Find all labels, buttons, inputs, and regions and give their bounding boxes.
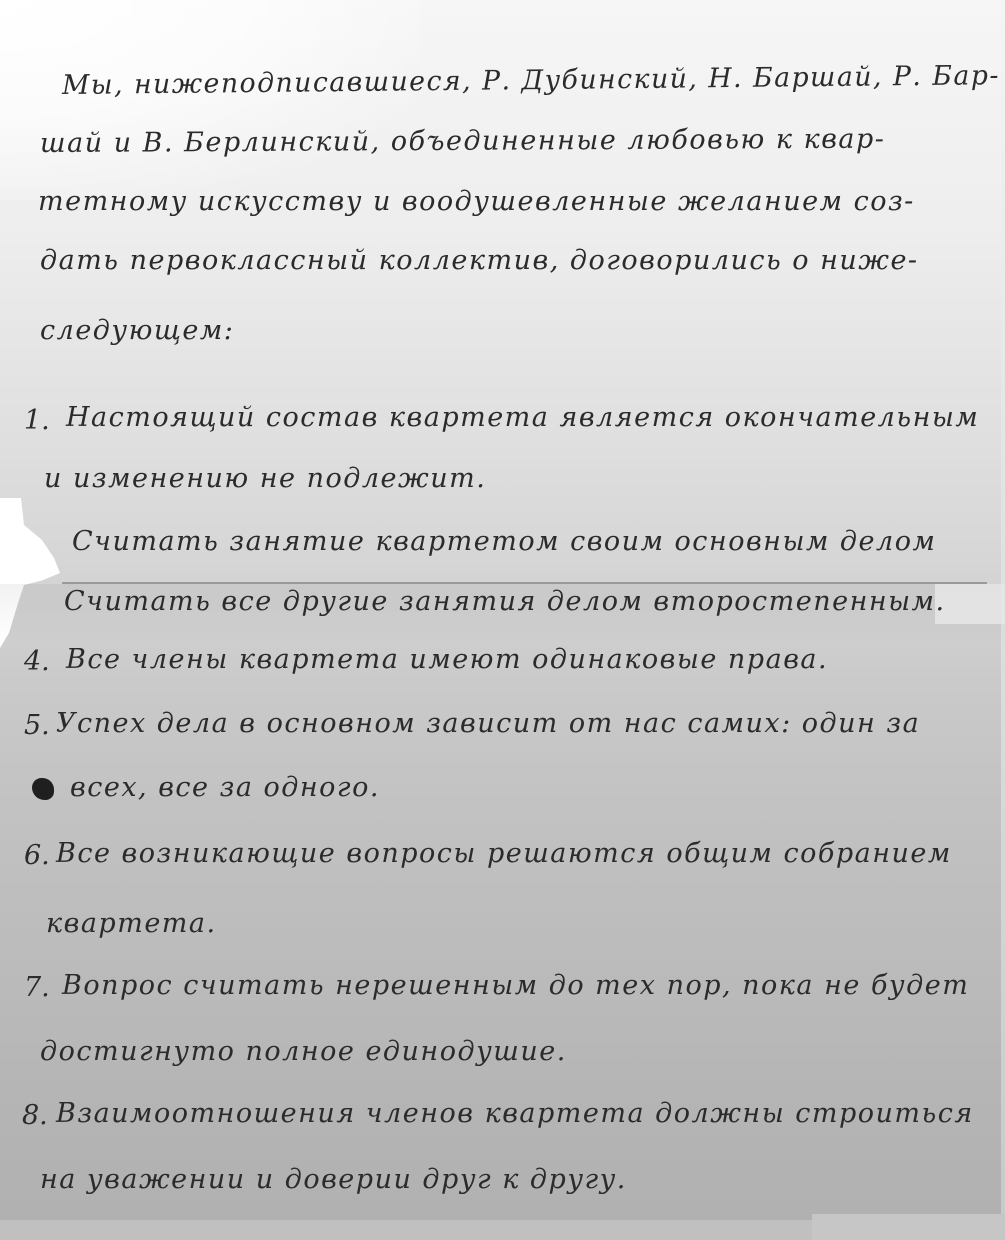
paper-bottom-step [812, 1214, 1005, 1240]
preamble-line: дать первоклассный коллектив, договорили… [40, 245, 919, 276]
item-line: Все возникающие вопросы решаются общим с… [56, 838, 952, 869]
item-line: Взаимоотношения членов квартета должны с… [56, 1098, 974, 1129]
item-line: квартета. [46, 908, 217, 939]
preamble-line: следующем: [40, 315, 234, 346]
item-line: всех, все за одного. [70, 772, 380, 803]
item-number: 4. [24, 646, 50, 677]
item-number: 5. [24, 710, 50, 741]
item-line: и изменению не подлежит. [44, 463, 486, 494]
preamble-line: тетному искусству и воодушевленные желан… [38, 186, 915, 217]
ink-blot [32, 778, 54, 800]
item-number: 1. [24, 405, 50, 436]
item-line: Успех дела в основном зависит от нас сам… [56, 708, 920, 739]
item-line: Считать все другие занятия делом второст… [64, 586, 946, 617]
item-line: Настоящий состав квартета является оконч… [66, 402, 979, 433]
item-number: 8. [22, 1100, 48, 1131]
tear-line [62, 582, 987, 584]
document-page: Мы, нижеподписавшиеся, Р. Дубинский, Н. … [0, 0, 1005, 1240]
item-line: Вопрос считать нерешенным до тех пор, по… [62, 970, 969, 1001]
preamble-line: шай и В. Берлинский, объединенные любовь… [40, 124, 886, 159]
item-line: Считать занятие квартетом своим основным… [72, 526, 936, 557]
item-number: 7. [24, 972, 50, 1003]
item-line: Все члены квартета имеют одинаковые прав… [66, 644, 828, 675]
item-number: 6. [24, 840, 50, 871]
item-line: на уважении и доверии друг к другу. [40, 1164, 627, 1195]
item-line: достигнуто полное единодушие. [40, 1036, 567, 1067]
